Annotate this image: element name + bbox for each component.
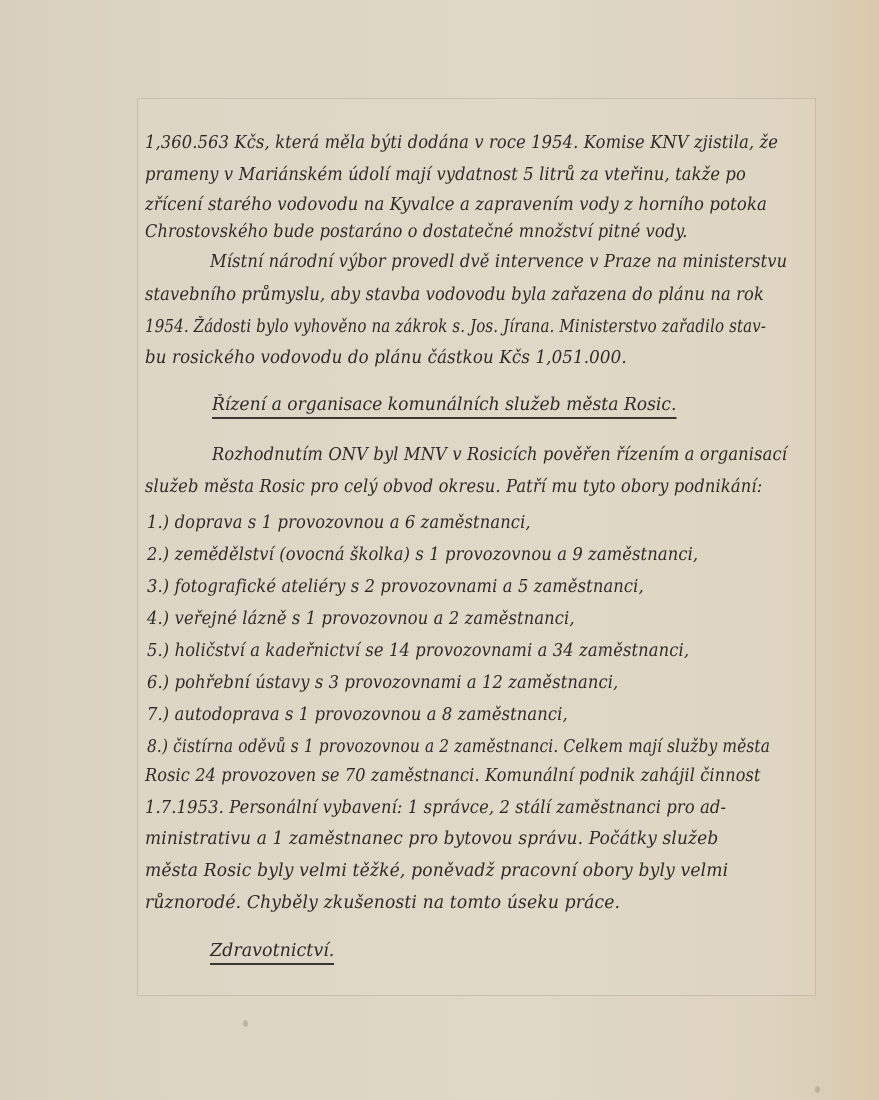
- section-heading-communal-services: Řízení a organisace komunálních služeb m…: [212, 394, 676, 419]
- text-line: 1,360.563 Kčs, která měla býti dodána v …: [145, 132, 778, 154]
- text-line: prameny v Mariánském údolí mají vydatnos…: [145, 164, 746, 186]
- text-line: 1.7.1953. Personální vybavení: 1 správce…: [145, 797, 726, 819]
- list-item: 7.) autodoprava s 1 provozovnou a 8 zamě…: [147, 704, 568, 726]
- text-line: bu rosického vodovodu do plánu částkou K…: [145, 347, 627, 369]
- text-line: Chrostovského bude postaráno o dostatečn…: [145, 221, 687, 243]
- section-heading-health: Zdravotnictví.: [210, 940, 334, 965]
- text-line: různorodé. Chyběly zkušenosti na tomto ú…: [145, 892, 620, 914]
- paper-speck: [600, 648, 604, 653]
- text-line: Rozhodnutím ONV byl MNV v Rosicích pověř…: [212, 444, 787, 466]
- text-line: města Rosic byly velmi těžké, poněvadž p…: [145, 860, 728, 882]
- list-item: 5.) holičství a kadeřnictví se 14 provoz…: [147, 640, 689, 662]
- paper-speck: [815, 1086, 820, 1093]
- list-item: 4.) veřejné lázně s 1 provozovnou a 2 za…: [147, 608, 575, 630]
- text-line: ministrativu a 1 zaměstnanec pro bytovou…: [145, 828, 718, 850]
- list-item: 3.) fotografické ateliéry s 2 provozovna…: [147, 576, 644, 598]
- text-line: Místní národní výbor provedl dvě interve…: [210, 251, 787, 273]
- text-line: 8.) čistírna oděvů s 1 provozovnou a 2 z…: [147, 736, 770, 758]
- text-line: služeb města Rosic pro celý obvod okresu…: [145, 476, 762, 498]
- list-item: 2.) zemědělství (ovocná školka) s 1 prov…: [147, 544, 698, 566]
- text-line: stavebního průmyslu, aby stavba vodovodu…: [145, 284, 764, 306]
- text-line: zřícení starého vodovodu na Kyvalce a za…: [145, 194, 767, 216]
- paper-speck: [243, 1020, 248, 1027]
- text-line: 1954. Žádosti bylo vyhověno na zákrok s.…: [145, 316, 766, 338]
- list-item: 6.) pohřební ústavy s 3 provozovnami a 1…: [147, 672, 618, 694]
- list-item: 1.) doprava s 1 provozovnou a 6 zaměstna…: [147, 512, 531, 534]
- text-line: Rosic 24 provozoven se 70 zaměstnanci. K…: [145, 765, 761, 787]
